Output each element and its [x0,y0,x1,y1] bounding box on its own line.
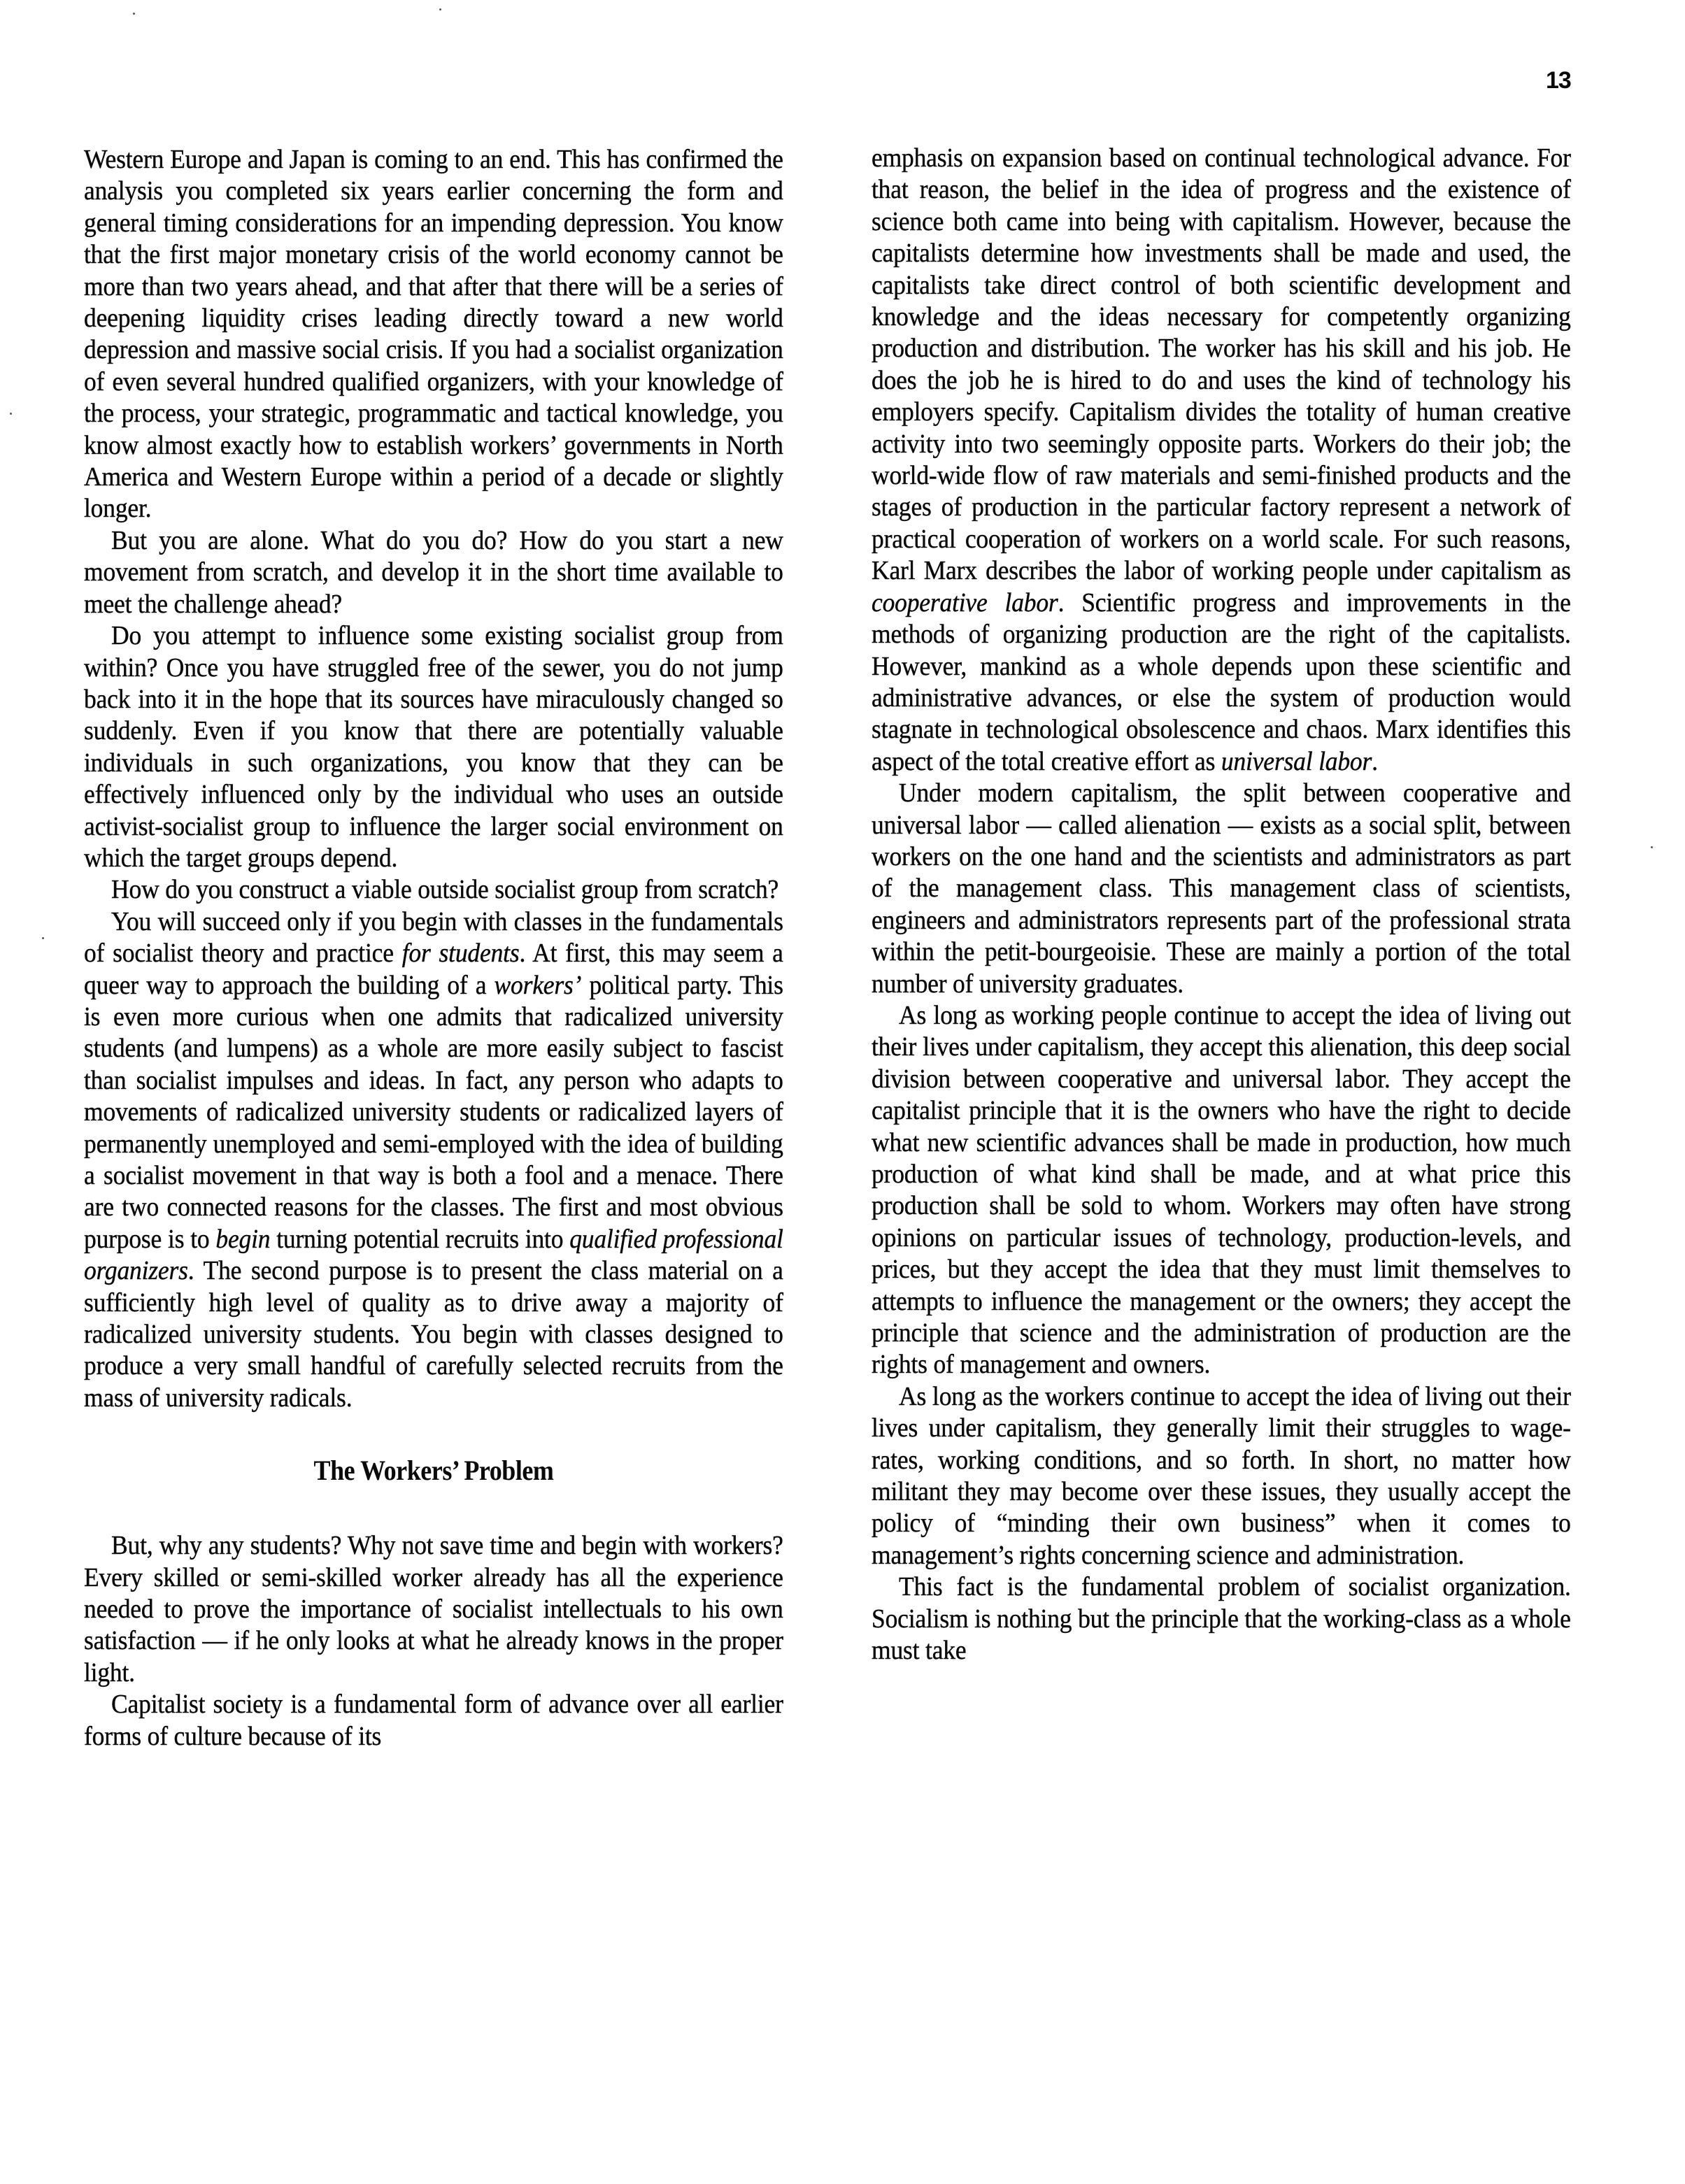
scan-speck [1651,846,1653,848]
text-run: Capitalist society is a fundamental form… [84,1690,783,1750]
right-column: emphasis on expansion based on continual… [872,143,1572,1667]
text-run: How do you construct a viable outside so… [111,875,778,904]
text-run: But you are alone. What do you do? How d… [84,526,783,619]
left-column-body-after-heading: But, why any students? Why not save time… [84,1530,783,1753]
text-run: . The second purpose is to present the c… [84,1256,783,1413]
emphasized-text: for students [402,938,520,968]
paragraph: As long as the workers continue to accep… [872,1381,1571,1571]
paragraph: Capitalist society is a fundamental form… [84,1689,783,1753]
paragraph: You will succeed only if you begin with … [84,906,783,1415]
paragraph: This fact is the fundamental problem of … [872,1571,1571,1666]
emphasized-text: cooperative labor [872,588,1058,618]
text-run: political party. This is even more curio… [84,971,783,1254]
paragraph: Western Europe and Japan is coming to an… [84,144,783,525]
text-run: emphasis on expansion based on continual… [872,143,1571,585]
right-column-body: emphasis on expansion based on continual… [872,143,1572,1667]
text-run: Do you attempt to influence some existin… [84,621,783,873]
paragraph: Under modern capitalism, the split betwe… [872,778,1571,1000]
left-column-body: Western Europe and Japan is coming to an… [84,144,783,1414]
text-run: turning potential recruits into [270,1225,569,1254]
text-run: As long as the workers continue to accep… [872,1382,1571,1570]
text-run: This fact is the fundamental problem of … [872,1572,1571,1665]
page-number: 13 [1546,67,1571,94]
text-run: . [1372,747,1378,776]
paragraph: But, why any students? Why not save time… [84,1530,783,1689]
text-run: But, why any students? Why not save time… [84,1531,783,1687]
left-column: Western Europe and Japan is coming to an… [84,144,783,1753]
section-heading: The Workers’ Problem [119,1414,748,1530]
emphasized-text: universal labor [1221,747,1372,776]
scan-speck [10,413,12,415]
paragraph: Do you attempt to influence some existin… [84,620,783,874]
paragraph: As long as working people continue to ac… [872,1000,1571,1381]
text-run: As long as working people continue to ac… [872,1001,1571,1379]
text-run: Under modern capitalism, the split betwe… [872,778,1571,998]
scan-speck [439,8,441,10]
paragraph: emphasis on expansion based on continual… [872,143,1571,778]
scan-speck [133,13,135,15]
text-run: Western Europe and Japan is coming to an… [84,145,783,523]
emphasized-text: begin [215,1225,270,1254]
emphasized-text: workers’ [495,971,582,1000]
paragraph: How do you construct a viable outside so… [84,874,783,906]
paragraph: But you are alone. What do you do? How d… [84,525,783,620]
scan-speck [42,937,44,939]
